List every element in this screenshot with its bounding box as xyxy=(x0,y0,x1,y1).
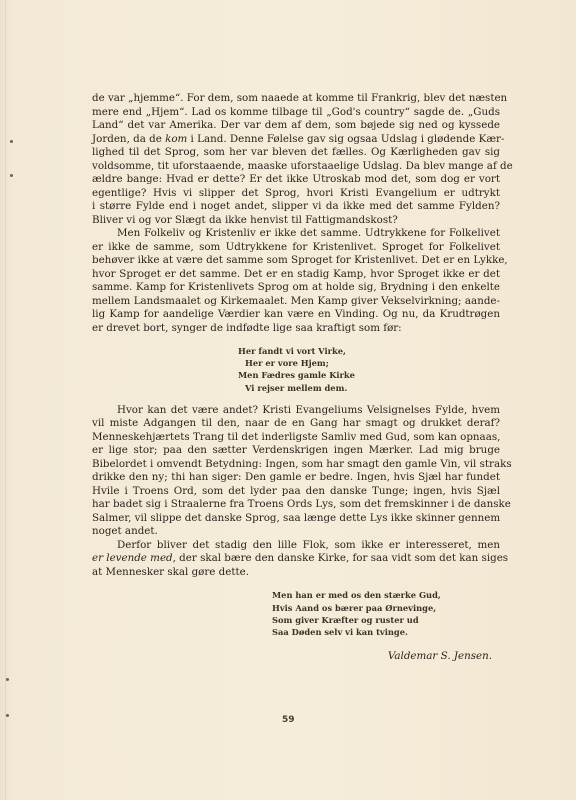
poem-line: Vi rejser mellem dem. xyxy=(92,382,500,394)
text-line: de var „hjemme“. For dem, som naaede at … xyxy=(92,92,500,106)
poem-line: Saa Døden selv vi kan tvinge. xyxy=(92,626,500,638)
text-line: Hvile i Troens Ord, som det lyder paa de… xyxy=(92,485,500,499)
text-line: voldsomme, tit uforstaaende, maaske ufor… xyxy=(92,160,500,174)
text-line: Salmer, vil slippe det danske Sprog, saa… xyxy=(92,512,500,526)
text-line: Derfor bliver det stadig den lille Flok,… xyxy=(92,539,500,553)
poem-line: Men Fædres gamle Kirke xyxy=(92,369,500,381)
text-line: lig Kamp for aandelige Værdier kan være … xyxy=(92,308,500,322)
paragraph-2: Men Folkeliv og Kristenliv er ikke det s… xyxy=(92,227,500,335)
text-line: er levende med, der skal bære den danske… xyxy=(92,552,500,566)
text-line: Men Folkeliv og Kristenliv er ikke det s… xyxy=(92,227,500,241)
paragraph-3: Hvor kan det være andet? Kristi Evangeli… xyxy=(92,404,500,539)
page-number: 59 xyxy=(282,715,295,725)
poem-line: Her fandt vi vort Virke, xyxy=(92,345,500,357)
text-line: Bibelordet i omvendt Betydning: Ingen, s… xyxy=(92,458,500,472)
poem-line: Her er vore Hjem; xyxy=(92,357,500,369)
poem-line: Men han er med os den stærke Gud, xyxy=(92,589,500,601)
poem-stanza-2: Men han er med os den stærke Gud,Hvis Aa… xyxy=(92,589,500,638)
author-signature: Valdemar S. Jensen. xyxy=(92,650,500,664)
punch-hole-mark xyxy=(6,678,9,681)
text-line: er ikke de samme, som Udtrykkene for Kri… xyxy=(92,241,500,255)
text-line: Jorden, da de kom i Land. Denne Følelse … xyxy=(92,133,500,147)
scanned-page: de var „hjemme“. For dem, som naaede at … xyxy=(0,0,576,800)
text-line: vil miste Adgangen til den, naar de en G… xyxy=(92,417,500,431)
punch-hole-mark xyxy=(10,140,13,143)
text-line: ældre bange: Hvad er dette? Er det ikke … xyxy=(92,173,500,187)
text-line: har badet sig i Straalerne fra Troens Or… xyxy=(92,498,500,512)
text-line: drikke den ny; thi han siger: Den gamle … xyxy=(92,471,500,485)
poem-stanza-1: Her fandt vi vort Virke,Her er vore Hjem… xyxy=(92,345,500,394)
text-line: Bliver vi og vor Slægt da ikke henvist t… xyxy=(92,214,500,228)
paragraph-4: Derfor bliver det stadig den lille Flok,… xyxy=(92,539,500,580)
text-line: i større Fylde end i noget andet, slippe… xyxy=(92,200,500,214)
text-line: lighed til det Sprog, som her var bleven… xyxy=(92,146,500,160)
punch-hole-mark xyxy=(10,174,13,177)
text-line: behøver ikke at være det samme som Sprog… xyxy=(92,254,500,268)
text-line: mere end „Hjem“. Lad os komme tilbage ti… xyxy=(92,106,500,120)
text-line: egentlige? Hvis vi slipper det Sprog, hv… xyxy=(92,187,500,201)
text-line: er drevet bort, synger de indfødte lige … xyxy=(92,322,500,336)
poem-line: Som giver Kræfter og ruster ud xyxy=(92,614,500,626)
text-line: mellem Landsmaalet og Kirkemaalet. Men K… xyxy=(92,295,500,309)
text-line: Menneskehjærtets Trang til det inderligs… xyxy=(92,431,500,445)
text-line: Land“ det var Amerika. Der var dem af de… xyxy=(92,119,500,133)
punch-hole-mark xyxy=(6,714,9,717)
text-line: at Mennesker skal gøre dette. xyxy=(92,566,500,580)
paragraph-1: de var „hjemme“. For dem, som naaede at … xyxy=(92,92,500,227)
text-line: Hvor kan det være andet? Kristi Evangeli… xyxy=(92,404,500,418)
text-line: noget andet. xyxy=(92,525,500,539)
text-line: hvor Sproget er det samme. Det er en sta… xyxy=(92,268,500,282)
poem-line: Hvis Aand os bærer paa Ørnevinge, xyxy=(92,602,500,614)
text-line: er lige stor; paa den sætter Verdenskrig… xyxy=(92,444,500,458)
text-line: samme. Kamp for Kristenlivets Sprog om a… xyxy=(92,281,500,295)
body-text: de var „hjemme“. For dem, som naaede at … xyxy=(92,92,500,664)
